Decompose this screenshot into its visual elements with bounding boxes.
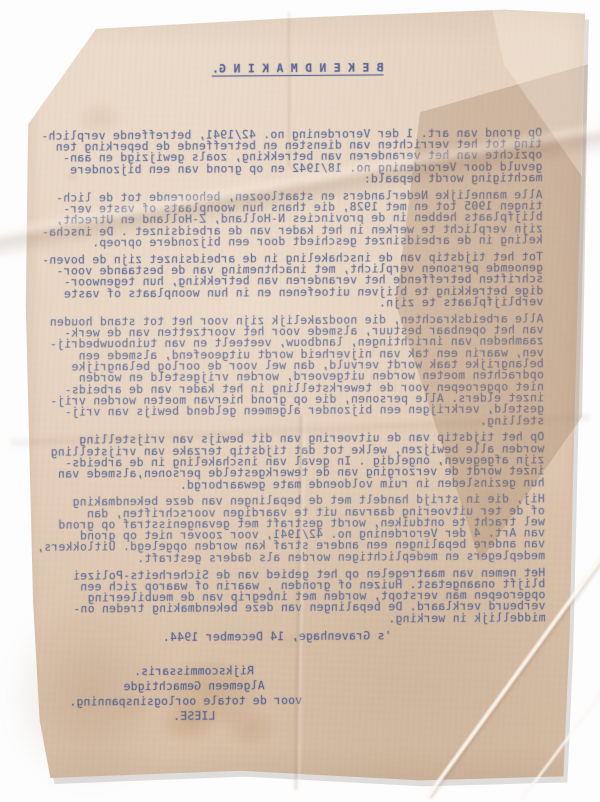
text-line: keling in de arbeidsinzet geschiedt door… [31,234,543,249]
signature-line: Rijkscommissaris. [86,663,302,680]
mirrored-typewritten-content: B E K E N D M A K I N G. Op grond van ar… [0,0,600,802]
paragraph: Op het tijdstip van de uitvoering van di… [32,432,544,492]
paragraph: Op grond van art. 1 der Verordening no. … [30,127,542,187]
paragraph: Hij, die in strijd handelt met de bepali… [33,494,545,565]
document-paragraphs: Op grond van art. 1 der Verordening no. … [30,93,546,644]
photo-background: B E K E N D M A K I N G. Op grond van ar… [0,0,600,802]
signature-line: Algemeen Gemachtigde [86,678,302,695]
paragraph: Tot het tijdstip van de inschakeling in … [31,251,543,311]
document-title: B E K E N D M A K I N G. [0,59,598,77]
signature-line: LIESE. [86,708,302,725]
paragraph: Alle mannelijke Nederlanders en staatloo… [31,189,543,249]
signature-line: voor de totale oorlogsinspanning. [86,693,302,710]
paragraph: Alle arbeidskrachten, die noodzakelijk z… [31,313,544,430]
signature-block: Rijkscommissaris.Algemeen Gemachtigdevoo… [86,618,303,725]
